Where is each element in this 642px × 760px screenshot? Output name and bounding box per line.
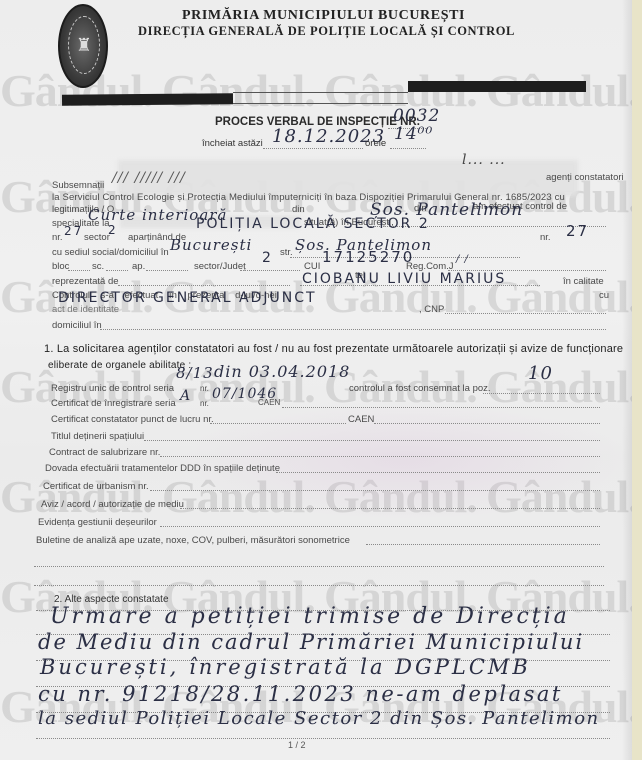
agenti-label: agenți constatatori bbox=[546, 172, 624, 183]
handwritten-fragment: l... ... bbox=[462, 152, 506, 168]
observation-line: cu nr. 91218/28.11.2023 ne-am deplasat bbox=[38, 682, 563, 706]
present-person-name: CIOBANU LIVIU MARIUS bbox=[302, 271, 506, 287]
paper-tint bbox=[180, 400, 630, 520]
date-label: încheiat astăzi bbox=[202, 138, 263, 149]
registry-series: 8/13 bbox=[176, 364, 214, 382]
observation-line: la sediul Poliției Locale Sector 2 din Ș… bbox=[38, 708, 600, 729]
handwritten-fragment: /// ///// /// bbox=[112, 170, 186, 186]
present-person-role: DIRECTOR GENERAL ADJUNCT bbox=[58, 290, 317, 306]
time-value: 14⁰⁰ bbox=[394, 124, 433, 144]
observation-line: București, înregistrată la DGPLCMB bbox=[40, 655, 531, 679]
redacted-names bbox=[118, 160, 578, 196]
redaction-outline bbox=[233, 103, 408, 104]
time-label: orele bbox=[365, 138, 386, 149]
redaction-bar bbox=[408, 81, 586, 92]
inspection-number: 0032 bbox=[393, 106, 440, 126]
redaction-bar bbox=[62, 93, 233, 105]
page-number: 1 / 2 bbox=[288, 740, 306, 750]
registry-position: 10 bbox=[528, 363, 553, 384]
headquarters-city: București bbox=[170, 236, 252, 254]
cui-value: 17125270 bbox=[322, 248, 414, 266]
directorate-name: DIRECȚIA GENERALĂ DE POLIȚIE LOCALĂ ȘI C… bbox=[138, 24, 515, 39]
coat-of-arms-icon: ♜ bbox=[58, 4, 108, 88]
institution-name: PRIMĂRIA MUNICIPIULUI BUCUREȘTI bbox=[182, 8, 465, 24]
section1-heading: 1. La solicitarea agenților constatatori… bbox=[44, 343, 623, 355]
observation-line: de Mediu din cadrul Primăriei Municipiul… bbox=[38, 630, 584, 654]
registry-date: din 03.04.2018 bbox=[214, 362, 350, 381]
redaction-outline bbox=[233, 92, 408, 93]
subsemnatii-label: Subsemnații bbox=[52, 180, 104, 191]
owner-value: POLIȚIA LOCALĂ SECTOR 2 bbox=[196, 216, 430, 232]
document-page: Gândul.Gândul.Gândul.Gândul. Gândul.Gând… bbox=[0, 0, 632, 760]
observation-line: Urmare a petiției trimise de Direcția bbox=[50, 604, 570, 629]
